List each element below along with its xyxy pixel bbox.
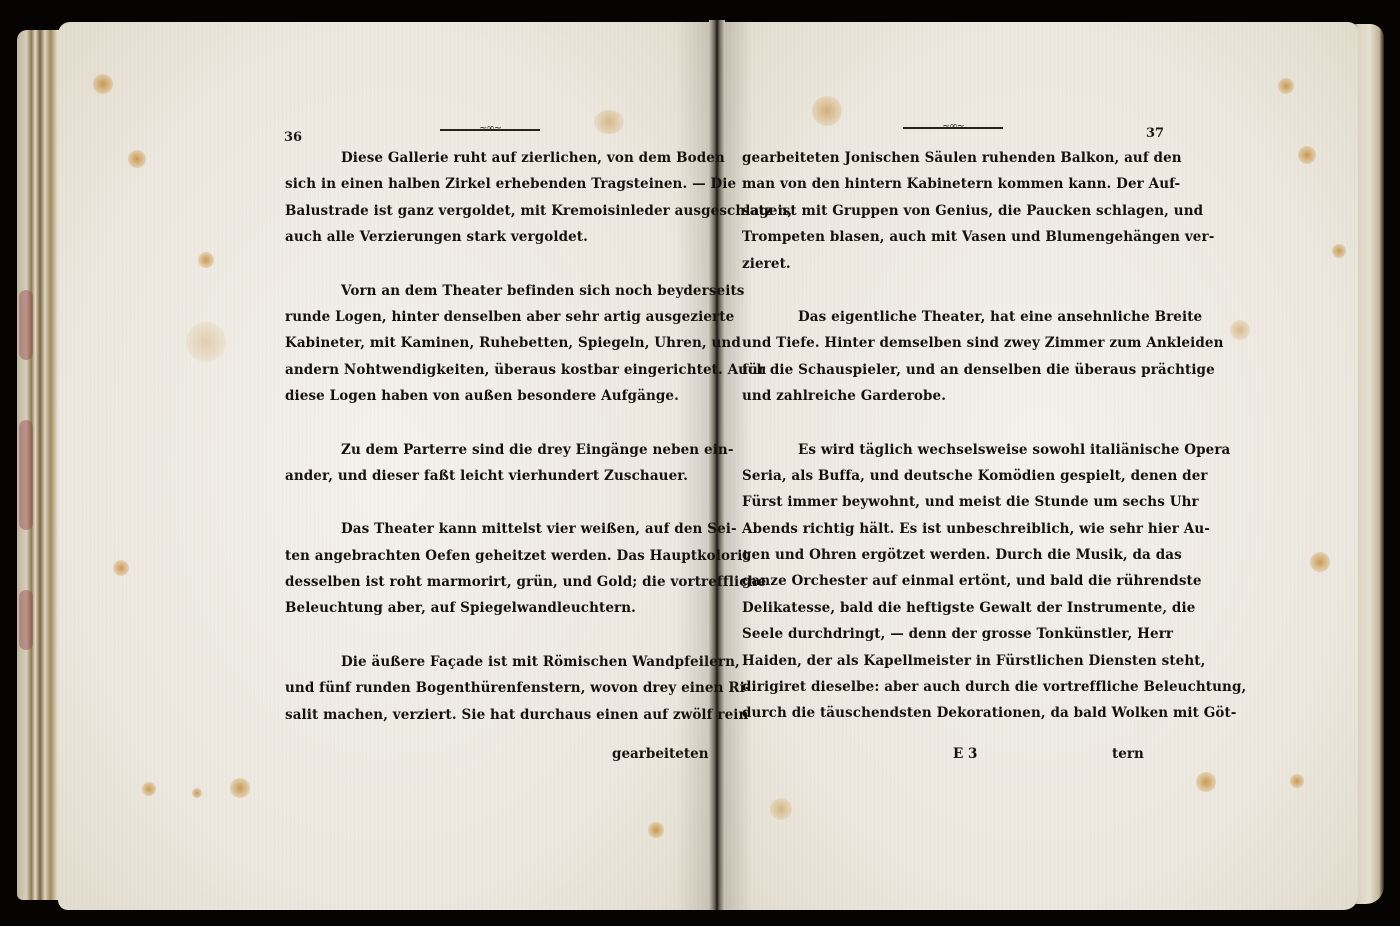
text-line: für die Schauspieler, und an denselben d…: [742, 357, 1160, 383]
text-line: Abends richtig hält. Es ist unbeschreibl…: [742, 516, 1160, 542]
text-line: Das eigentliche Theater, hat eine ansehn…: [742, 304, 1160, 330]
text-line: Seria, als Buffa, und deutsche Komödien …: [742, 463, 1160, 489]
text-line: Haiden, der als Kapellmeister in Fürstli…: [742, 648, 1160, 674]
text-line: runde Logen, hinter denselben aber sehr …: [285, 304, 703, 330]
text-line: durch die täuschendsten Dekorationen, da…: [742, 700, 1160, 726]
paragraph: Diese Gallerie ruht auf zierlichen, von …: [285, 145, 703, 251]
foxing-spot: [1230, 320, 1250, 340]
open-book-scan: 36 ~∞~ 37 ~∞~ Diese Gallerie ruht auf zi…: [0, 0, 1400, 926]
right-page-text: gearbeiteten Jonischen Säulen ruhenden B…: [742, 145, 1160, 727]
text-line: auch alle Verzierungen stark vergoldet.: [285, 224, 703, 250]
text-line: ten angebrachten Oefen geheitzet werden.…: [285, 543, 703, 569]
foxing-spot: [812, 96, 842, 126]
paragraph: gearbeiteten Jonischen Säulen ruhenden B…: [742, 145, 1160, 277]
text-line: gen und Ohren ergötzet werden. Durch die…: [742, 542, 1160, 568]
page-number-right: 37: [1146, 126, 1164, 141]
foxing-spot: [230, 778, 250, 798]
signature-mark: E 3: [953, 746, 977, 762]
text-line: und zahlreiche Garderobe.: [742, 383, 1160, 409]
header-ornament-right: ~∞~: [903, 126, 1003, 131]
text-line: Kabineter, mit Kaminen, Ruhebetten, Spie…: [285, 330, 703, 356]
foxing-spot: [1278, 78, 1294, 94]
text-line: gearbeiteten Jonischen Säulen ruhenden B…: [742, 145, 1160, 171]
text-line: Seele durchdringt, — denn der grosse Ton…: [742, 621, 1160, 647]
text-line: zieret.: [742, 251, 1160, 277]
foxing-spot: [1310, 552, 1330, 572]
foxing-spot: [1298, 146, 1316, 164]
text-line: Zu dem Parterre sind die drey Eingänge n…: [285, 437, 703, 463]
text-line: Vorn an dem Theater befinden sich noch b…: [285, 278, 703, 304]
text-line: Diese Gallerie ruht auf zierlichen, von …: [285, 145, 703, 171]
text-line: diese Logen haben von außen besondere Au…: [285, 383, 703, 409]
foxing-spot: [594, 110, 624, 134]
catchword-right: tern: [1112, 746, 1144, 762]
text-line: satz ist mit Gruppen von Genius, die Pau…: [742, 198, 1160, 224]
text-line: ander, und dieser faßt leicht vierhunder…: [285, 463, 703, 489]
foxing-spot: [1290, 774, 1304, 788]
red-stain: [19, 590, 33, 650]
paragraph: Es wird täglich wechselsweise sowohl ita…: [742, 437, 1160, 727]
text-line: und Tiefe. Hinter demselben sind zwey Zi…: [742, 330, 1160, 356]
text-line: Delikatesse, bald die heftigste Gewalt d…: [742, 595, 1160, 621]
foxing-spot: [192, 788, 202, 798]
text-line: und fünf runden Bogenthürenfenstern, wov…: [285, 675, 703, 701]
text-line: Fürst immer beywohnt, und meist die Stun…: [742, 489, 1160, 515]
foxing-spot: [93, 74, 113, 94]
red-stain: [19, 420, 33, 530]
foxing-spot: [128, 150, 146, 168]
foxing-spot: [770, 798, 792, 820]
text-line: Beleuchtung aber, auf Spiegelwandleuchte…: [285, 595, 703, 621]
text-line: Trompeten blasen, auch mit Vasen und Blu…: [742, 224, 1160, 250]
text-line: Die äußere Façade ist mit Römischen Wand…: [285, 649, 703, 675]
foxing-spot: [113, 560, 129, 576]
foxing-spot: [1332, 244, 1346, 258]
foxing-spot: [186, 322, 226, 362]
text-line: ganze Orchester auf einmal ertönt, und b…: [742, 568, 1160, 594]
paragraph: Das Theater kann mittelst vier weißen, a…: [285, 516, 703, 622]
text-line: Es wird täglich wechselsweise sowohl ita…: [742, 437, 1160, 463]
foxing-spot: [198, 252, 214, 268]
catchword-left: gearbeiteten: [612, 746, 709, 762]
text-line: sich in einen halben Zirkel erhebenden T…: [285, 171, 703, 197]
page-number-left: 36: [284, 130, 302, 145]
text-line: desselben ist roht marmorirt, grün, und …: [285, 569, 703, 595]
text-line: Das Theater kann mittelst vier weißen, a…: [285, 516, 703, 542]
foxing-spot: [142, 782, 156, 796]
text-line: salit machen, verziert. Sie hat durchaus…: [285, 702, 703, 728]
text-line: andern Nohtwendigkeiten, überaus kostbar…: [285, 357, 703, 383]
text-line: man von den hintern Kabinetern kommen ka…: [742, 171, 1160, 197]
text-line: Balustrade ist ganz vergoldet, mit Kremo…: [285, 198, 703, 224]
foxing-spot: [1196, 772, 1216, 792]
paragraph: Vorn an dem Theater befinden sich noch b…: [285, 278, 703, 410]
red-stain: [19, 290, 33, 360]
foxing-spot: [648, 822, 664, 838]
paragraph: Die äußere Façade ist mit Römischen Wand…: [285, 649, 703, 728]
left-page-text: Diese Gallerie ruht auf zierlichen, von …: [285, 145, 703, 728]
paragraph: Das eigentliche Theater, hat eine ansehn…: [742, 304, 1160, 410]
paragraph: Zu dem Parterre sind die drey Eingänge n…: [285, 437, 703, 490]
header-ornament-left: ~∞~: [440, 128, 540, 133]
text-line: dirigiret dieselbe: aber auch durch die …: [742, 674, 1160, 700]
